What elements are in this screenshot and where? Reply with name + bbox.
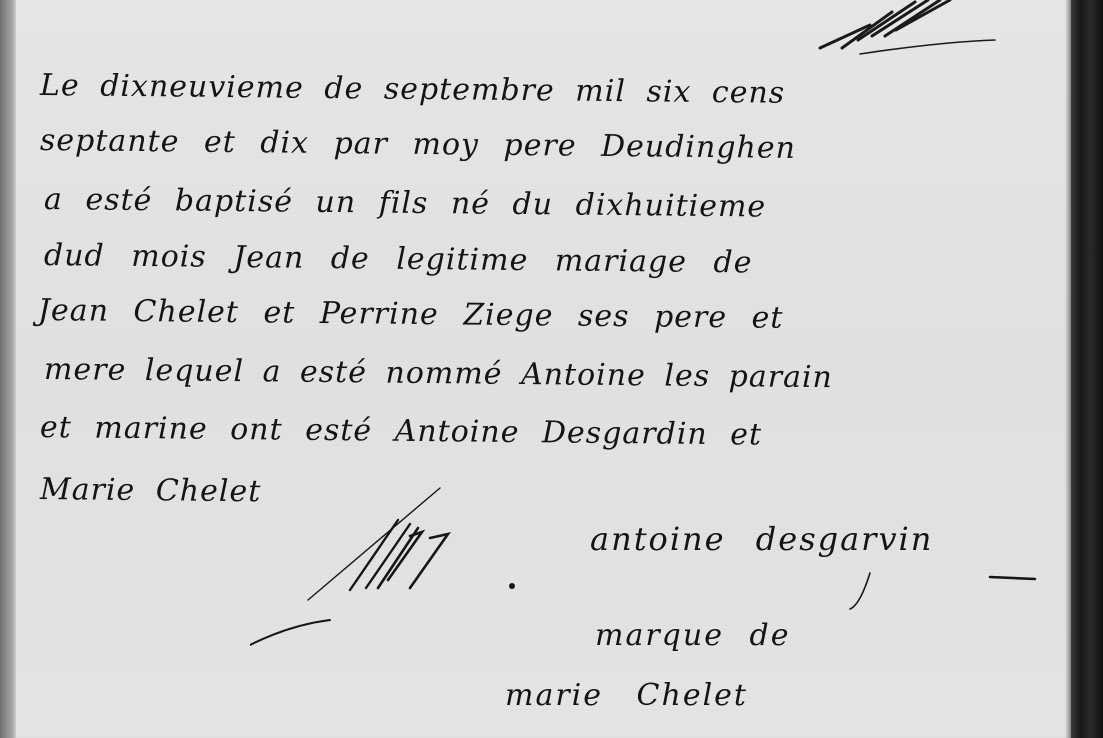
entry-line-1: Le dixneuvieme de septembre mil six cens <box>40 68 786 111</box>
entry-line-7: et marine ont esté Antoine Desgardin et <box>40 410 762 453</box>
top-paraph-flourish <box>800 0 1000 60</box>
entry-line-2: septante et dix par moy pere Deudinghen <box>40 123 796 166</box>
entry-line-8: Marie Chelet <box>40 472 262 509</box>
entry-line-5: Jean Chelet et Perrine Ziege ses pere et <box>38 293 784 336</box>
priest-paraph-signature <box>250 480 530 650</box>
page-left-margin-shadow <box>0 0 16 738</box>
godfather-signature-underline <box>840 565 1040 615</box>
book-binding <box>1071 0 1103 738</box>
godmother-name: marie Chelet <box>505 678 748 713</box>
register-page: Le dixneuvieme de septembre mil six cens… <box>0 0 1103 738</box>
entry-line-6: mere lequel a esté nommé Antoine les par… <box>44 352 833 395</box>
godmother-mark-label: marque de <box>595 618 790 653</box>
godfather-signature: antoine desgarvin <box>590 520 933 558</box>
entry-line-3: a esté baptisé un fils né du dixhuitieme <box>44 182 767 225</box>
entry-line-4: dud mois Jean de legitime mariage de <box>44 238 753 280</box>
